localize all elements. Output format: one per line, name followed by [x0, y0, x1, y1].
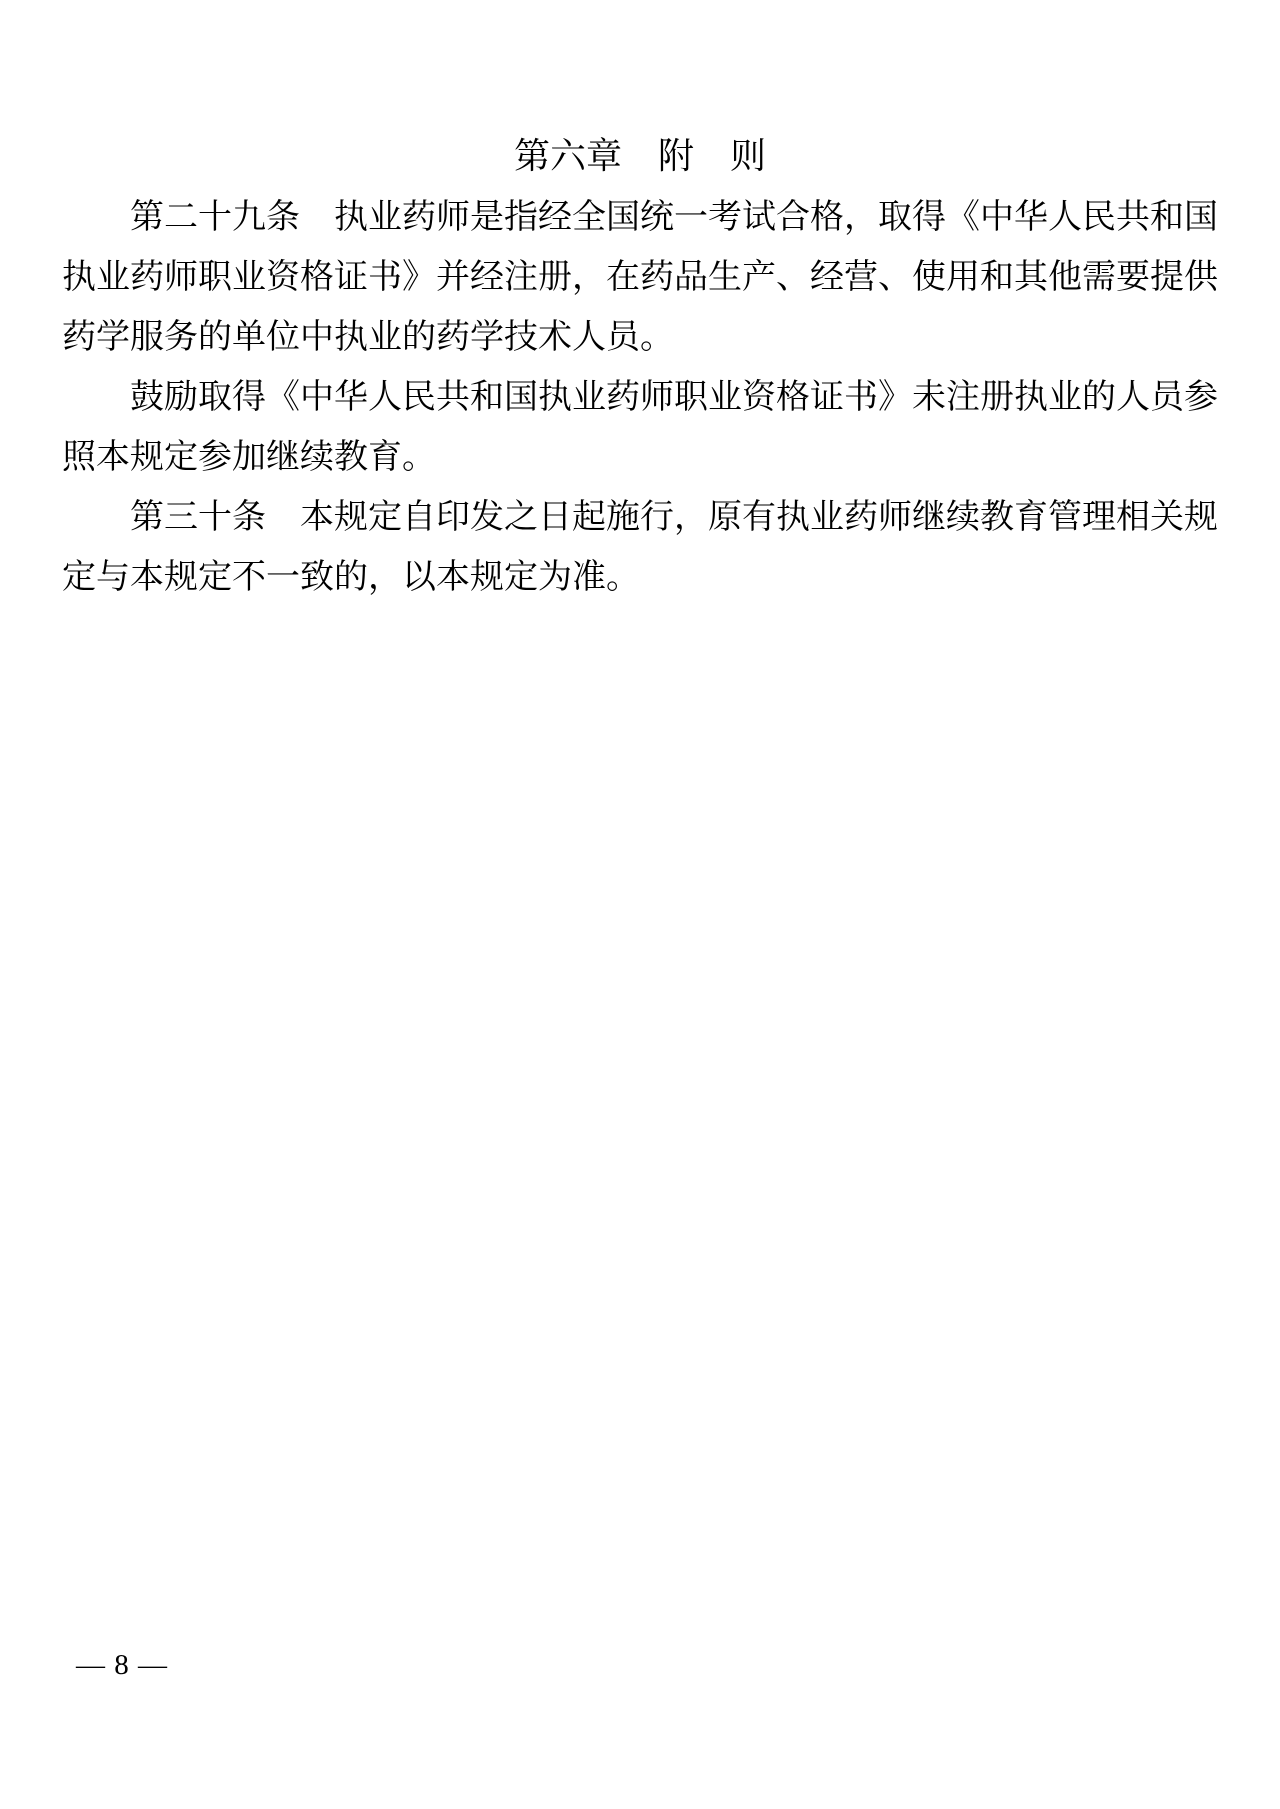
paragraph-article-29: 第二十九条 执业药师是指经全国统一考试合格，取得《中华人民共和国执业药师职业资格… — [62, 188, 1218, 368]
document-content: 第六章 附 则 第二十九条 执业药师是指经全国统一考试合格，取得《中华人民共和国… — [62, 132, 1218, 608]
paragraph-article-29-continued: 鼓励取得《中华人民共和国执业药师职业资格证书》未注册执业的人员参照本规定参加继续… — [62, 368, 1218, 488]
chapter-title: 第六章 附 则 — [62, 132, 1218, 180]
page-number: — 8 — — [76, 1648, 168, 1682]
document-page: 第六章 附 则 第二十九条 执业药师是指经全国统一考试合格，取得《中华人民共和国… — [0, 0, 1280, 1809]
paragraph-article-30: 第三十条 本规定自印发之日起施行，原有执业药师继续教育管理相关规定与本规定不一致… — [62, 488, 1218, 608]
